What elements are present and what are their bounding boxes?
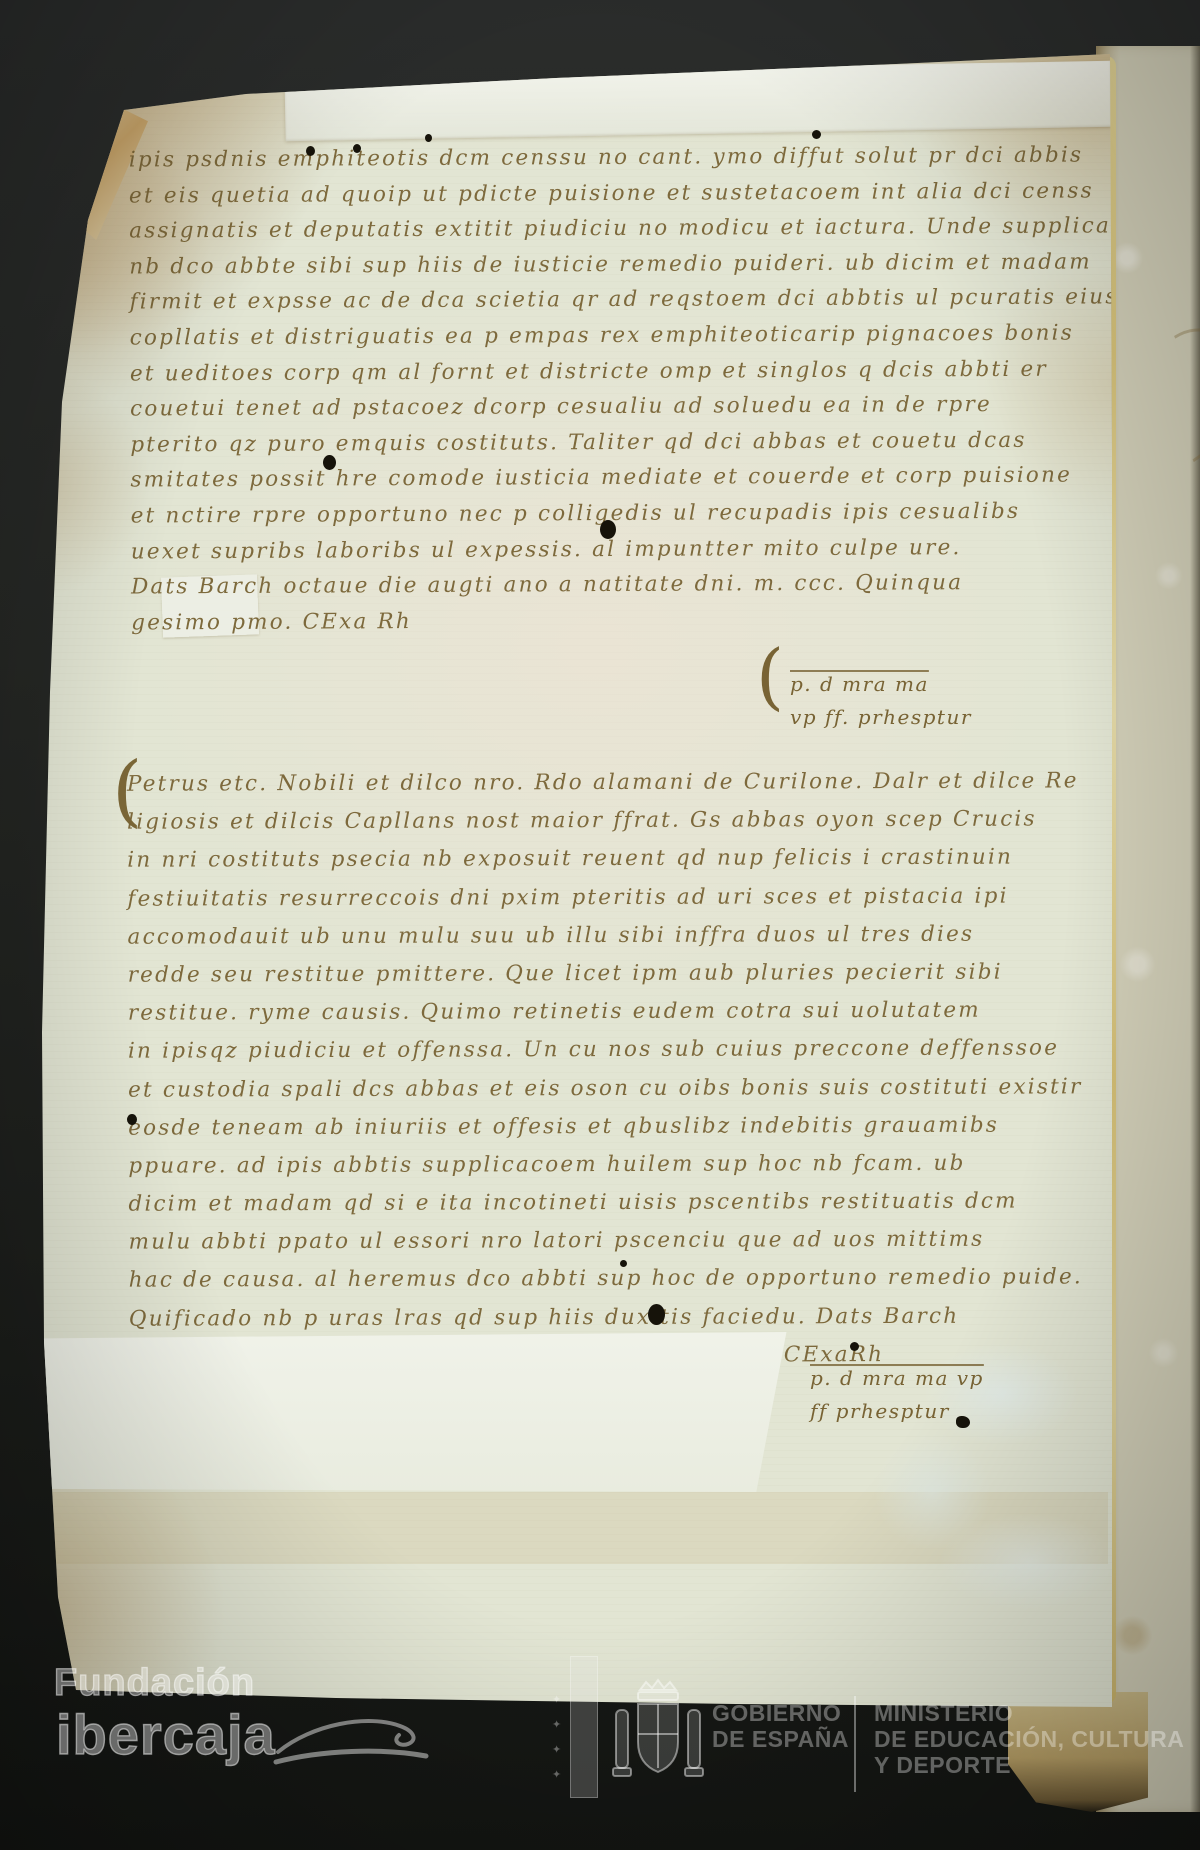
wormhole-dot [306, 146, 315, 156]
manuscript-line: hac de causa. al heremus dco abbti sup h… [129, 1259, 1095, 1301]
manuscript-line: Quificado nb p uras lras qd sup hiis dux… [129, 1297, 1095, 1339]
wormhole-dot [353, 144, 361, 153]
ink-blot [323, 455, 336, 470]
chancery-signature-1: ( p. d mra ma vp ff. prhesptur [790, 668, 972, 734]
manuscript-photo: ipis psdnis emphiteotis dcm censsu no ca… [0, 0, 1200, 1850]
ministerio-line2: DE EDUCACIÓN, CULTURA [874, 1726, 1184, 1752]
ibercaja-watermark-line2: ibercaja [56, 1702, 276, 1767]
manuscript-line: in ipisqz piudiciu et offenssa. Un cu no… [128, 1030, 1094, 1072]
ink-blot [648, 1304, 665, 1325]
parchment-page: ipis psdnis emphiteotis dcm censsu no ca… [36, 52, 1112, 1710]
ibercaja-swoosh-icon [272, 1700, 432, 1774]
manuscript-line: pterito qz puro emquis costituts. Talite… [130, 422, 1090, 463]
manuscript-text-block-2: Petrus etc. Nobili et dilco nro. Rdo ala… [127, 762, 1095, 1376]
wormhole-dot [812, 130, 821, 139]
manuscript-line: nb dco abbte sibi sup hiis de iusticie r… [129, 244, 1089, 285]
ibercaja-watermark-line1: Fundación [54, 1662, 255, 1705]
signature-bracket: ( [756, 660, 786, 693]
manuscript-line: ligiosis et dilcis Capllans nost maior f… [127, 801, 1093, 843]
gobierno-watermark: ✦✦✦✦ GOBIERNO DE ESPAÑA MINISTERIO DE ED… [548, 1648, 1200, 1808]
ministerio-line3: Y DEPORTE [874, 1752, 1184, 1778]
manuscript-line: in nri costituts psecia nb exposuit reue… [127, 839, 1093, 881]
folio-ink-arc [1114, 314, 1200, 484]
ministerio-line1: MINISTERIO [874, 1700, 1184, 1726]
flag-bar-icon [570, 1656, 598, 1798]
manuscript-line: restitue. ryme causis. Quimo retinetis e… [128, 991, 1094, 1033]
logo-divider [854, 1696, 856, 1792]
repair-tape-top [284, 61, 1111, 141]
wormhole-dot [620, 1260, 627, 1267]
manuscript-line: assignatis et deputatis extitit piudiciu… [129, 209, 1089, 250]
manuscript-line: accomodauit ub unu mulu suu ub illu sibi… [127, 915, 1093, 957]
signature-line: p. d mra ma vp [810, 1362, 984, 1395]
signature-line: vp ff. prhesptur [790, 701, 972, 734]
signature-line: p. d mra ma [790, 668, 972, 701]
manuscript-line: ppuare. ad ipis abbtis supplicacoem huil… [128, 1144, 1094, 1186]
manuscript-line: eosde teneam ab iniuriis et offesis et q… [128, 1106, 1094, 1148]
manuscript-line: et custodia spali dcs abbas et eis oson … [128, 1068, 1094, 1110]
wormhole-dot [850, 1342, 859, 1351]
manuscript-line: mulu abbti ppato ul essori nro latori ps… [129, 1221, 1095, 1263]
gobierno-line2: DE ESPAÑA [712, 1726, 849, 1752]
manuscript-text-block-1: ipis psdnis emphiteotis dcm censsu no ca… [129, 137, 1092, 640]
ministerio-label: MINISTERIO DE EDUCACIÓN, CULTURA Y DEPOR… [874, 1700, 1184, 1778]
wormhole-dot [127, 1114, 137, 1125]
manuscript-line: copllatis et distriguatis ea p empas rex… [130, 315, 1090, 356]
manuscript-line: dicim et madam qd si e ita incotineti ui… [128, 1182, 1094, 1224]
gobierno-line1: GOBIERNO [712, 1700, 849, 1726]
flag-stars-icon: ✦✦✦✦ [552, 1688, 561, 1788]
wormhole-dot [425, 134, 432, 142]
manuscript-line: et ueditoes corp qm al fornt et district… [130, 351, 1090, 392]
manuscript-line: smitates possit hre comode iusticia medi… [130, 458, 1090, 499]
gobierno-label: GOBIERNO DE ESPAÑA [712, 1700, 849, 1752]
manuscript-line: Petrus etc. Nobili et dilco nro. Rdo ala… [127, 762, 1093, 804]
ibercaja-watermark: Fundación ibercaja [48, 1656, 468, 1786]
manuscript-line: redde seu restitue pmittere. Que licet i… [128, 953, 1094, 995]
manuscript-line: Dats Barch octaue die augti ano a natita… [131, 565, 1091, 606]
pasted-paper-slip [40, 1332, 794, 1492]
manuscript-line: couetui tenet ad pstacoez dcorp cesualiu… [130, 387, 1090, 428]
manuscript-line: ipis psdnis emphiteotis dcm censsu no ca… [129, 137, 1089, 178]
manuscript-line: festiuitatis resurreccois dni pxim pteri… [127, 877, 1093, 919]
manuscript-line: gesimo pmo. CExa Rh [131, 600, 1091, 641]
wormhole-dot [600, 520, 616, 539]
manuscript-line: et eis quetia ad quoip ut pdicte puision… [129, 173, 1089, 214]
ink-blot [956, 1416, 970, 1428]
manuscript-line: firmit et expsse ac de dca scietia qr ad… [129, 280, 1089, 321]
spain-coat-of-arms-icon [610, 1676, 706, 1794]
